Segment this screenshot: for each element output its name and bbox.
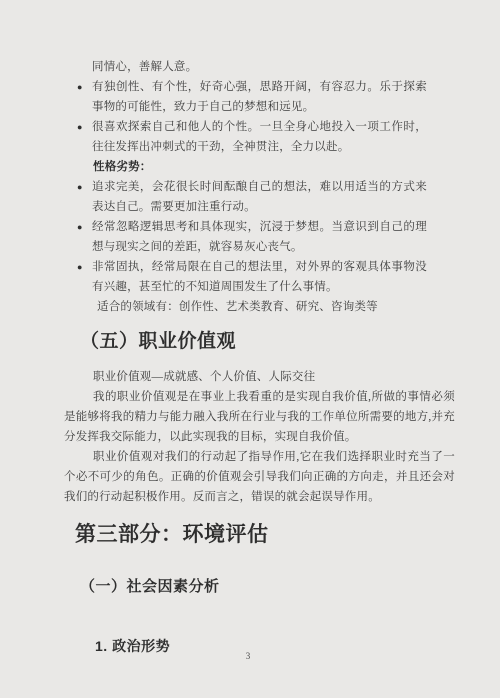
weaknesses-label: 性格劣势： <box>93 157 500 177</box>
values-paragraph: 职业价值观对我们的行动起了指导作用,它在我们选择职业时充当了一个必不可少的角色。… <box>64 447 455 507</box>
personality-strengths-list: 同情心，善解人意。 有独创性、有个性，好奇心强，思路开阔，有容忍力。乐于探索事物… <box>92 57 427 157</box>
page-number: 3 <box>0 651 496 661</box>
values-paragraph: 职业价值观—成就感、个人价值、人际交往 <box>64 367 455 387</box>
list-item: 经常忽略逻辑思考和具体现实，沉浸于梦想。当意识到自己的理想与现实之间的差距，就容… <box>92 217 427 257</box>
part-heading-environment-assessment: 第三部分：环境评估 <box>75 519 500 551</box>
list-item: 追求完美，会花很长时间酝酿自己的想法，难以用适当的方式来表达自己。需要更加注重行… <box>92 177 427 217</box>
list-item: 非常固执，经常局限在自己的想法里，对外界的客观具体事物没有兴趣，甚至忙的不知道周… <box>92 257 427 297</box>
suitable-fields-line: 适合的领域有：创作性、艺术类教育、研究、咨询类等 <box>97 297 500 317</box>
list-item: 很喜欢探索自己和他人的个性。一旦全身心地投入一项工作时，往往发挥出冲刺式的干劲，… <box>92 117 427 157</box>
section-heading-social-factors: （一）社会因素分析 <box>80 575 500 599</box>
section-heading-career-values: （五）职业价值观 <box>80 327 500 357</box>
document-page: 同情心，善解人意。 有独创性、有个性，好奇心强，思路开阔，有容忍力。乐于探索事物… <box>0 0 500 698</box>
list-item-continuation: 同情心，善解人意。 <box>92 57 427 77</box>
list-item: 有独创性、有个性，好奇心强，思路开阔，有容忍力。乐于探索事物的可能性，致力于自己… <box>92 77 427 117</box>
values-paragraph: 我的职业价值观是在事业上我看重的是实现自我价值,所做的事情必须是能够将我的精力与… <box>64 387 455 447</box>
personality-weaknesses-list: 追求完美，会花很长时间酝酿自己的想法，难以用适当的方式来表达自己。需要更加注重行… <box>92 177 427 297</box>
